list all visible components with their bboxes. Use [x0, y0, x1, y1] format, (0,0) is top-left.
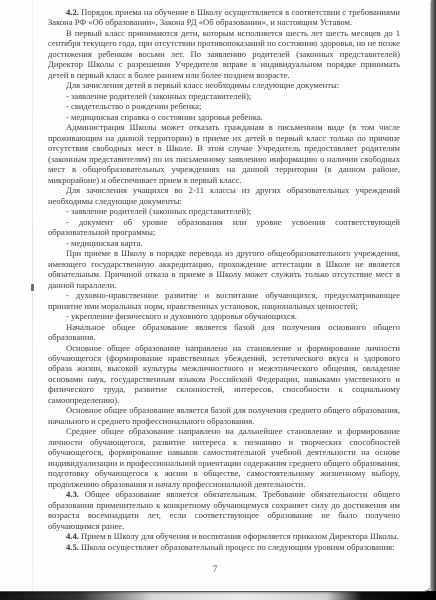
section-number: 4.3.: [66, 489, 79, 499]
section-number: 4.2.: [66, 7, 79, 17]
paragraph-text: Для зачисления учащихся во 2-11 классы и…: [48, 185, 400, 205]
paragraph: Среднее общее образование направлено на …: [48, 426, 400, 489]
scanner-right-edge: [431, 0, 436, 600]
paragraph-text: При приеме в Школу в порядке перевода из…: [48, 248, 400, 289]
list-item-text: - духовно-нравственное развитие и воспит…: [48, 290, 400, 310]
paragraph: Для зачисления детей в первый класс необ…: [48, 80, 400, 90]
paragraph-text: Порядок приема на обучение в Школу осуще…: [48, 7, 400, 27]
paragraph-text: Администрация Школы может отказать гражд…: [48, 122, 400, 184]
paragraph-text: Среднее общее образование направлено на …: [48, 426, 400, 488]
paragraph-text: В первый класс принимаются дети, которым…: [48, 28, 400, 80]
paragraph: При приеме в Школу в порядке перевода из…: [48, 248, 400, 290]
list-item-text: - заявление родителей (законных представ…: [66, 91, 251, 101]
paragraph-text: Начальное общее образование является баз…: [48, 322, 400, 342]
paragraph-text: Школа осуществляет образовательный проце…: [79, 542, 395, 552]
paragraph-4-5: 4.5. Школа осуществляет образовательный …: [48, 542, 400, 552]
paragraph-text: Прием в Школу для обучения и воспитания …: [79, 531, 399, 541]
list-item: - медицинская карта.: [48, 238, 400, 248]
list-item-text: - заявление родителей (законных представ…: [66, 206, 251, 216]
list-item: - документ об уровне образования или уро…: [48, 217, 400, 238]
page-fold-mark: [31, 284, 34, 291]
page-number: 7: [0, 564, 430, 574]
paragraph-4-3: 4.3. Общее образование является обязател…: [48, 489, 400, 531]
paragraph: В первый класс принимаются дети, которым…: [48, 28, 400, 80]
paragraph: Основное общее образование является базо…: [48, 405, 400, 426]
document-body: 4.2. Порядок приема на обучение в Школу …: [48, 7, 400, 552]
list-item: - медицинская справка о состоянии здоров…: [48, 112, 400, 122]
paragraph-4-2: 4.2. Порядок приема на обучение в Школу …: [48, 7, 400, 28]
list-item-text: - медицинская справка о состоянии здоров…: [66, 112, 263, 122]
list-item-text: - медицинская карта.: [66, 238, 143, 248]
list-item: - духовно-нравственное развитие и воспит…: [48, 290, 400, 311]
page-fold-line: [32, 0, 33, 591]
list-item: - заявление родителей (законных представ…: [48, 206, 400, 216]
scanner-bottom-edge: [0, 591, 436, 600]
paragraph: Основное общее образование направлено на…: [48, 343, 400, 406]
paragraph: Для зачисления учащихся во 2-11 классы и…: [48, 185, 400, 206]
list-item-text: - документ об уровне образования или уро…: [48, 217, 400, 237]
paragraph-text: Основное общее образование направлено на…: [48, 343, 400, 405]
paragraph-text: Общее образование является обязательным.…: [48, 489, 400, 530]
paragraph: Администрация Школы может отказать гражд…: [48, 122, 400, 185]
paragraph-text: Для зачисления детей в первый класс необ…: [66, 80, 339, 90]
paragraph: Начальное общее образование является баз…: [48, 322, 400, 343]
list-item: - укрепление физического и духовного здо…: [48, 311, 400, 321]
list-item: - заявление родителей (законных представ…: [48, 91, 400, 101]
paragraph-text: Основное общее образование является базо…: [48, 405, 400, 425]
document-page: 4.2. Порядок приема на обучение в Школу …: [0, 0, 430, 592]
section-number: 4.5.: [66, 542, 79, 552]
list-item-text: - укрепление физического и духовного здо…: [66, 311, 297, 321]
list-item: - свидетельство о рождении ребенка;: [48, 101, 400, 111]
section-number: 4.4.: [66, 531, 79, 541]
list-item-text: - свидетельство о рождении ребенка;: [66, 101, 201, 111]
paragraph-4-4: 4.4. Прием в Школу для обучения и воспит…: [48, 531, 400, 541]
